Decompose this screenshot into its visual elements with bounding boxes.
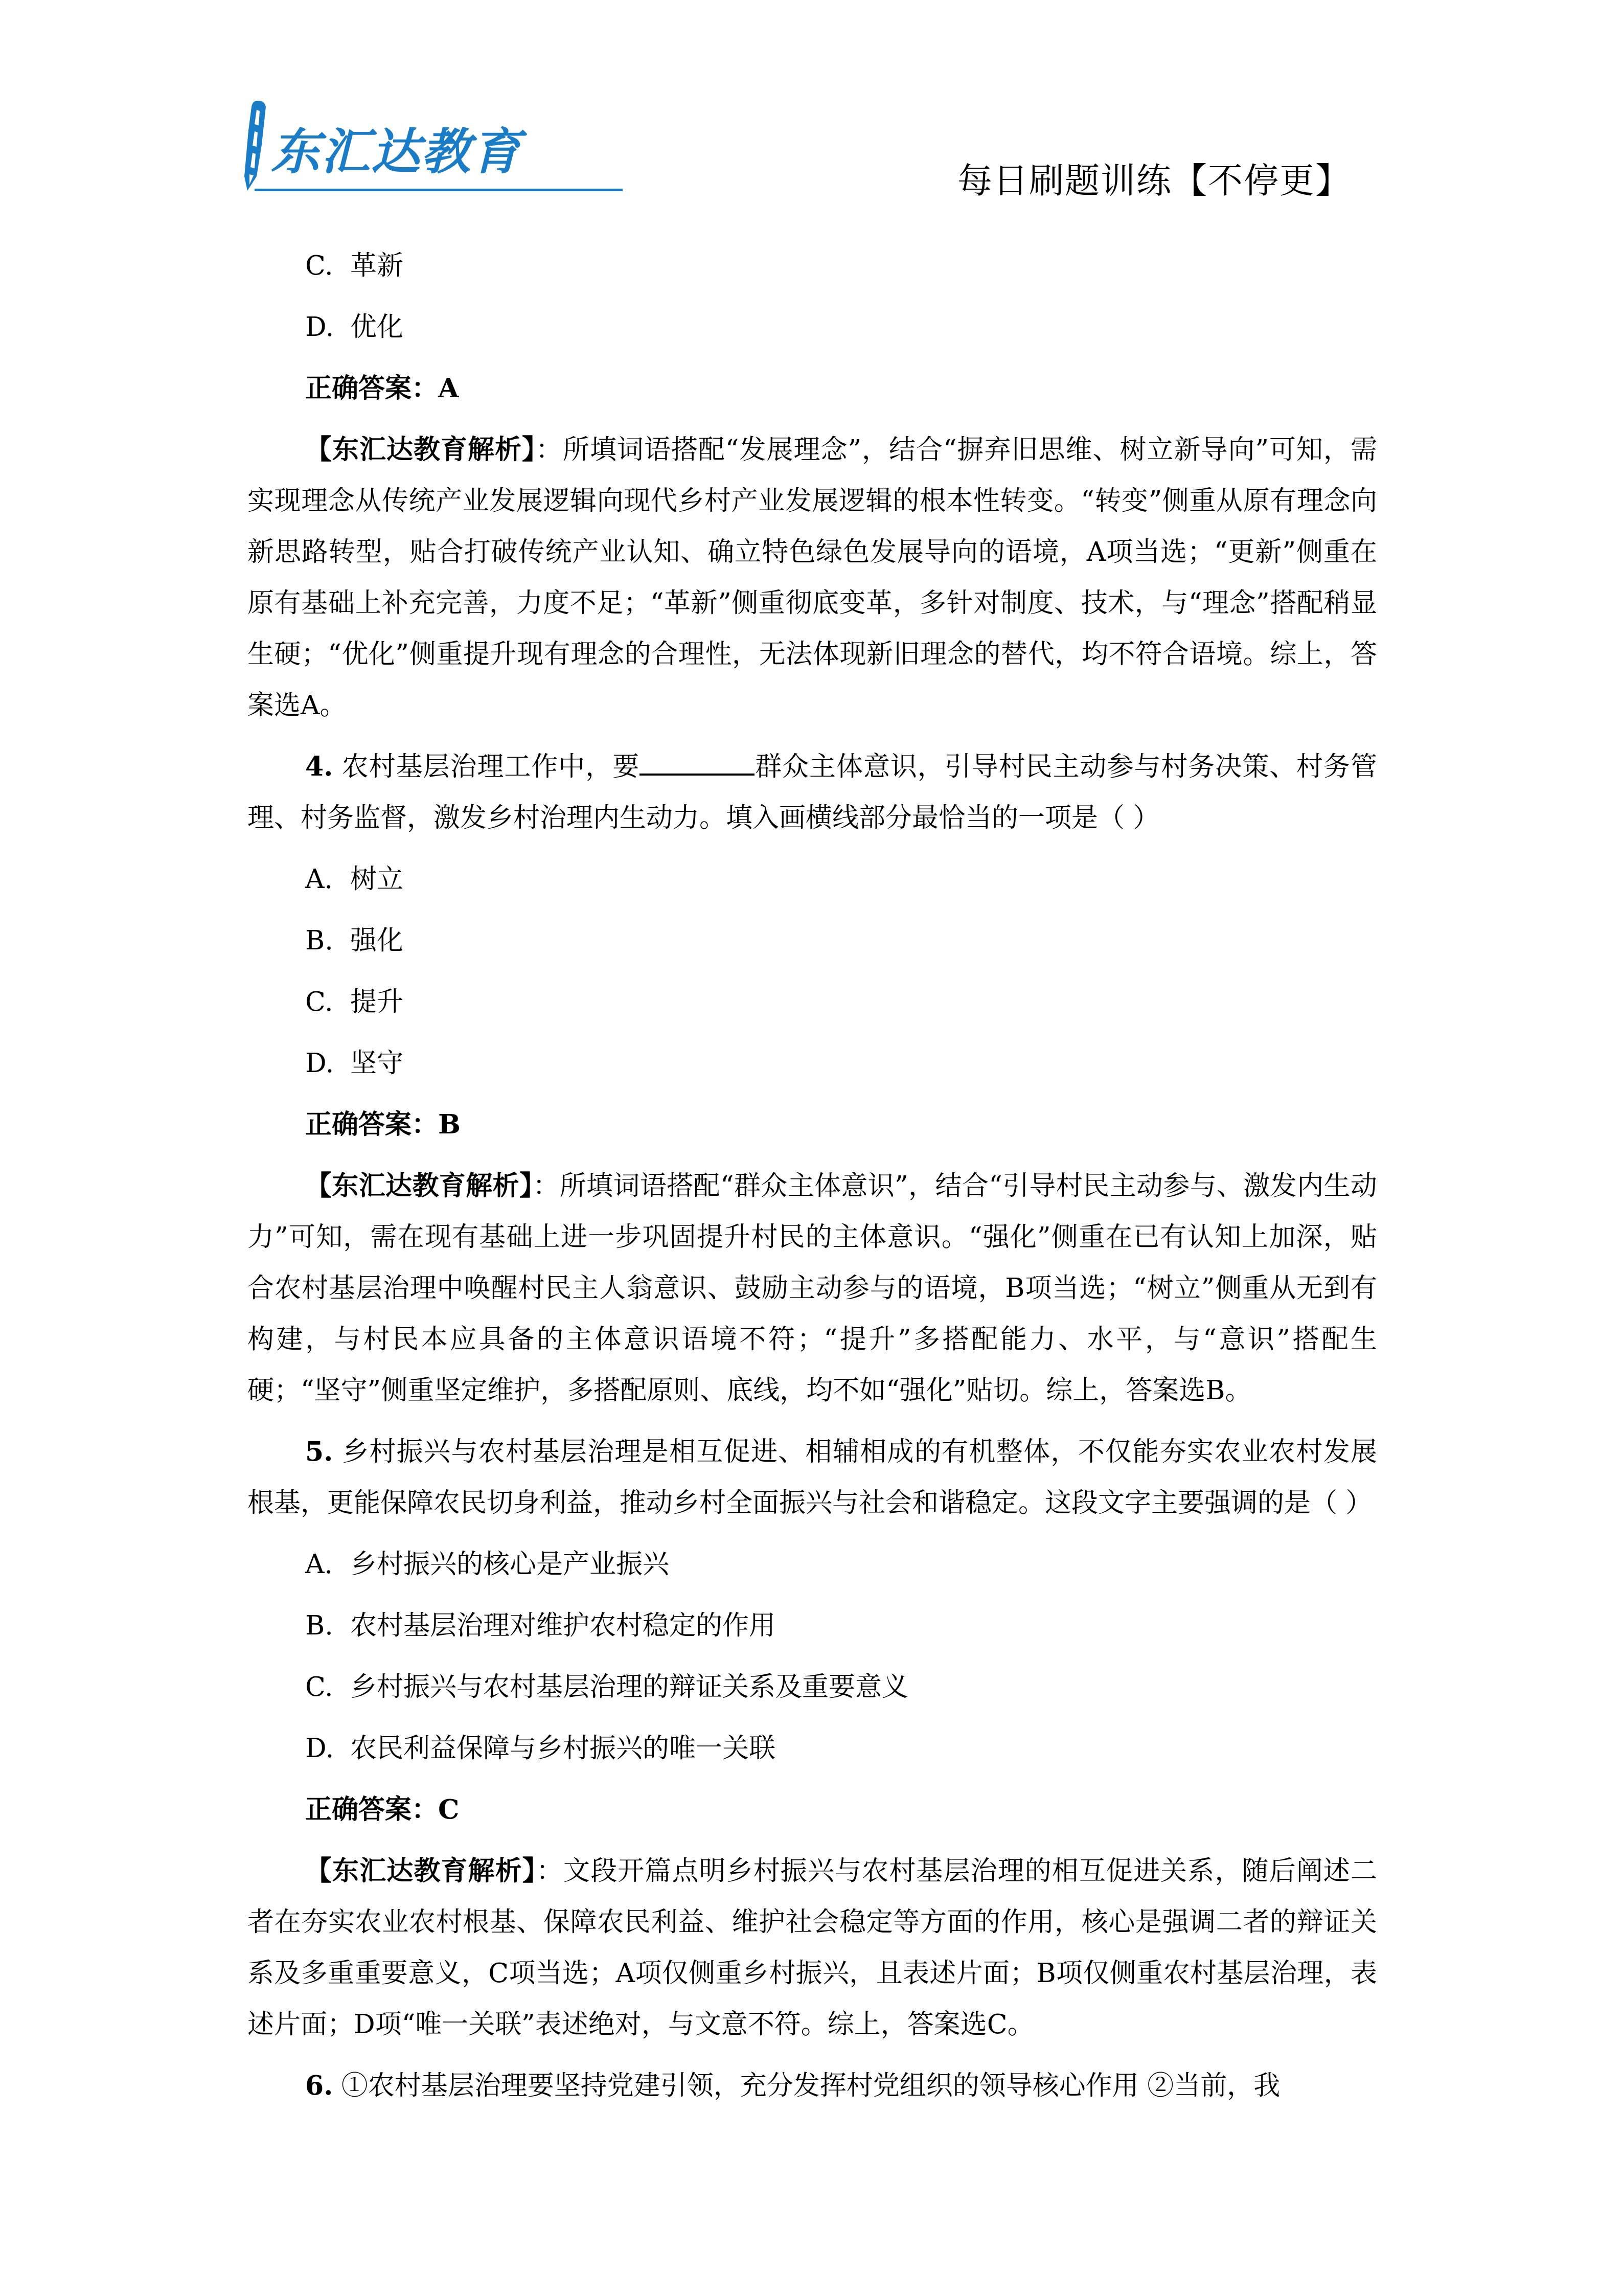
explanation-tag: 【东汇达教育解析】 xyxy=(305,1855,536,1886)
option-letter: C. xyxy=(305,976,350,1028)
option-letter: B. xyxy=(305,915,350,966)
explanation-text: ：所填词语搭配“发展理念”，结合“摒弃旧思维、树立新导向”可知，需实现理念从传统… xyxy=(247,435,1377,721)
option-text: 坚守 xyxy=(350,1048,403,1079)
stem-before: 农村基层治理工作中，要 xyxy=(342,752,639,782)
option-text: 乡村振兴与农村基层治理的辩证关系及重要意义 xyxy=(350,1672,908,1702)
q5-option-a: A.乡村振兴的核心是产业振兴 xyxy=(247,1539,1377,1600)
option-text: 革新 xyxy=(350,251,403,281)
logo-underline xyxy=(255,189,623,191)
question-number: 4. xyxy=(305,751,333,782)
option-letter: D. xyxy=(305,1723,350,1774)
logo-text: 东汇达教育 xyxy=(271,126,521,177)
q3-option-d: D.优化 xyxy=(247,302,1377,363)
option-text: 强化 xyxy=(350,925,403,956)
q6-stem: 6. ①农村基层治理要坚持党建引领，充分发挥村党组织的领导核心作用 ②当前，我 xyxy=(247,2060,1377,2111)
option-letter: B. xyxy=(305,1600,350,1651)
q4-option-b: B.强化 xyxy=(247,915,1377,976)
q5-option-c: C.乡村振兴与农村基层治理的辩证关系及重要意义 xyxy=(247,1662,1377,1723)
brand-logo: 东汇达教育 xyxy=(242,100,631,194)
question-number: 5. xyxy=(305,1436,333,1467)
pencil-icon xyxy=(242,100,268,194)
q5-option-d: D.农民利益保障与乡村振兴的唯一关联 xyxy=(247,1723,1377,1784)
option-text: 树立 xyxy=(350,864,403,895)
option-text: 优化 xyxy=(350,312,403,343)
option-letter: C. xyxy=(305,1662,350,1713)
option-text: 提升 xyxy=(350,987,403,1017)
q3-explanation: 【东汇达教育解析】：所填词语搭配“发展理念”，结合“摒弃旧思维、树立新导向”可知… xyxy=(247,424,1377,731)
question-number: 6. xyxy=(305,2070,333,2101)
stem-text: ①农村基层治理要坚持党建引领，充分发挥村党组织的领导核心作用 ②当前，我 xyxy=(341,2071,1281,2101)
option-letter: D. xyxy=(305,1038,350,1089)
option-letter: A. xyxy=(305,1539,350,1590)
q3-answer: 正确答案：A xyxy=(247,363,1377,424)
fill-blank xyxy=(639,748,755,776)
q4-answer: 正确答案：B xyxy=(247,1099,1377,1161)
option-letter: C. xyxy=(305,240,350,291)
q5-answer: 正确答案：C xyxy=(247,1784,1377,1846)
option-text: 乡村振兴的核心是产业振兴 xyxy=(350,1549,669,1580)
q5-explanation: 【东汇达教育解析】：文段开篇点明乡村振兴与农村基层治理的相互促进关系，随后阐述二… xyxy=(247,1846,1377,2050)
option-letter: D. xyxy=(305,302,350,353)
document-body: C.革新 D.优化 正确答案：A 【东汇达教育解析】：所填词语搭配“发展理念”，… xyxy=(247,240,1377,2122)
explanation-tag: 【东汇达教育解析】 xyxy=(305,434,536,465)
q4-option-a: A.树立 xyxy=(247,854,1377,915)
option-text: 农村基层治理对维护农村稳定的作用 xyxy=(350,1610,775,1641)
q3-option-c: C.革新 xyxy=(247,240,1377,302)
option-letter: A. xyxy=(305,854,350,905)
explanation-text: ：所填词语搭配“群众主体意识”，结合“引导村民主动参与、激发内生动力”可知，需在… xyxy=(247,1171,1377,1406)
q4-option-d: D.坚守 xyxy=(247,1038,1377,1099)
q4-explanation: 【东汇达教育解析】：所填词语搭配“群众主体意识”，结合“引导村民主动参与、激发内… xyxy=(247,1161,1377,1416)
q4-stem: 4. 农村基层治理工作中，要群众主体意识，引导村民主动参与村务决策、村务管理、村… xyxy=(247,741,1377,844)
q4-option-c: C.提升 xyxy=(247,976,1377,1038)
q5-option-b: B.农村基层治理对维护农村稳定的作用 xyxy=(247,1600,1377,1662)
option-text: 农民利益保障与乡村振兴的唯一关联 xyxy=(350,1733,775,1764)
explanation-tag: 【东汇达教育解析】 xyxy=(305,1170,533,1201)
page-header: 东汇达教育 每日刷题训练【不停更】 xyxy=(0,0,1623,215)
header-title: 每日刷题训练【不停更】 xyxy=(957,158,1351,204)
stem-text: 乡村振兴与农村基层治理是相互促进、相辅相成的有机整体，不仅能夯实农业农村发展根基… xyxy=(247,1437,1377,1518)
q5-stem: 5. 乡村振兴与农村基层治理是相互促进、相辅相成的有机整体，不仅能夯实农业农村发… xyxy=(247,1426,1377,1529)
